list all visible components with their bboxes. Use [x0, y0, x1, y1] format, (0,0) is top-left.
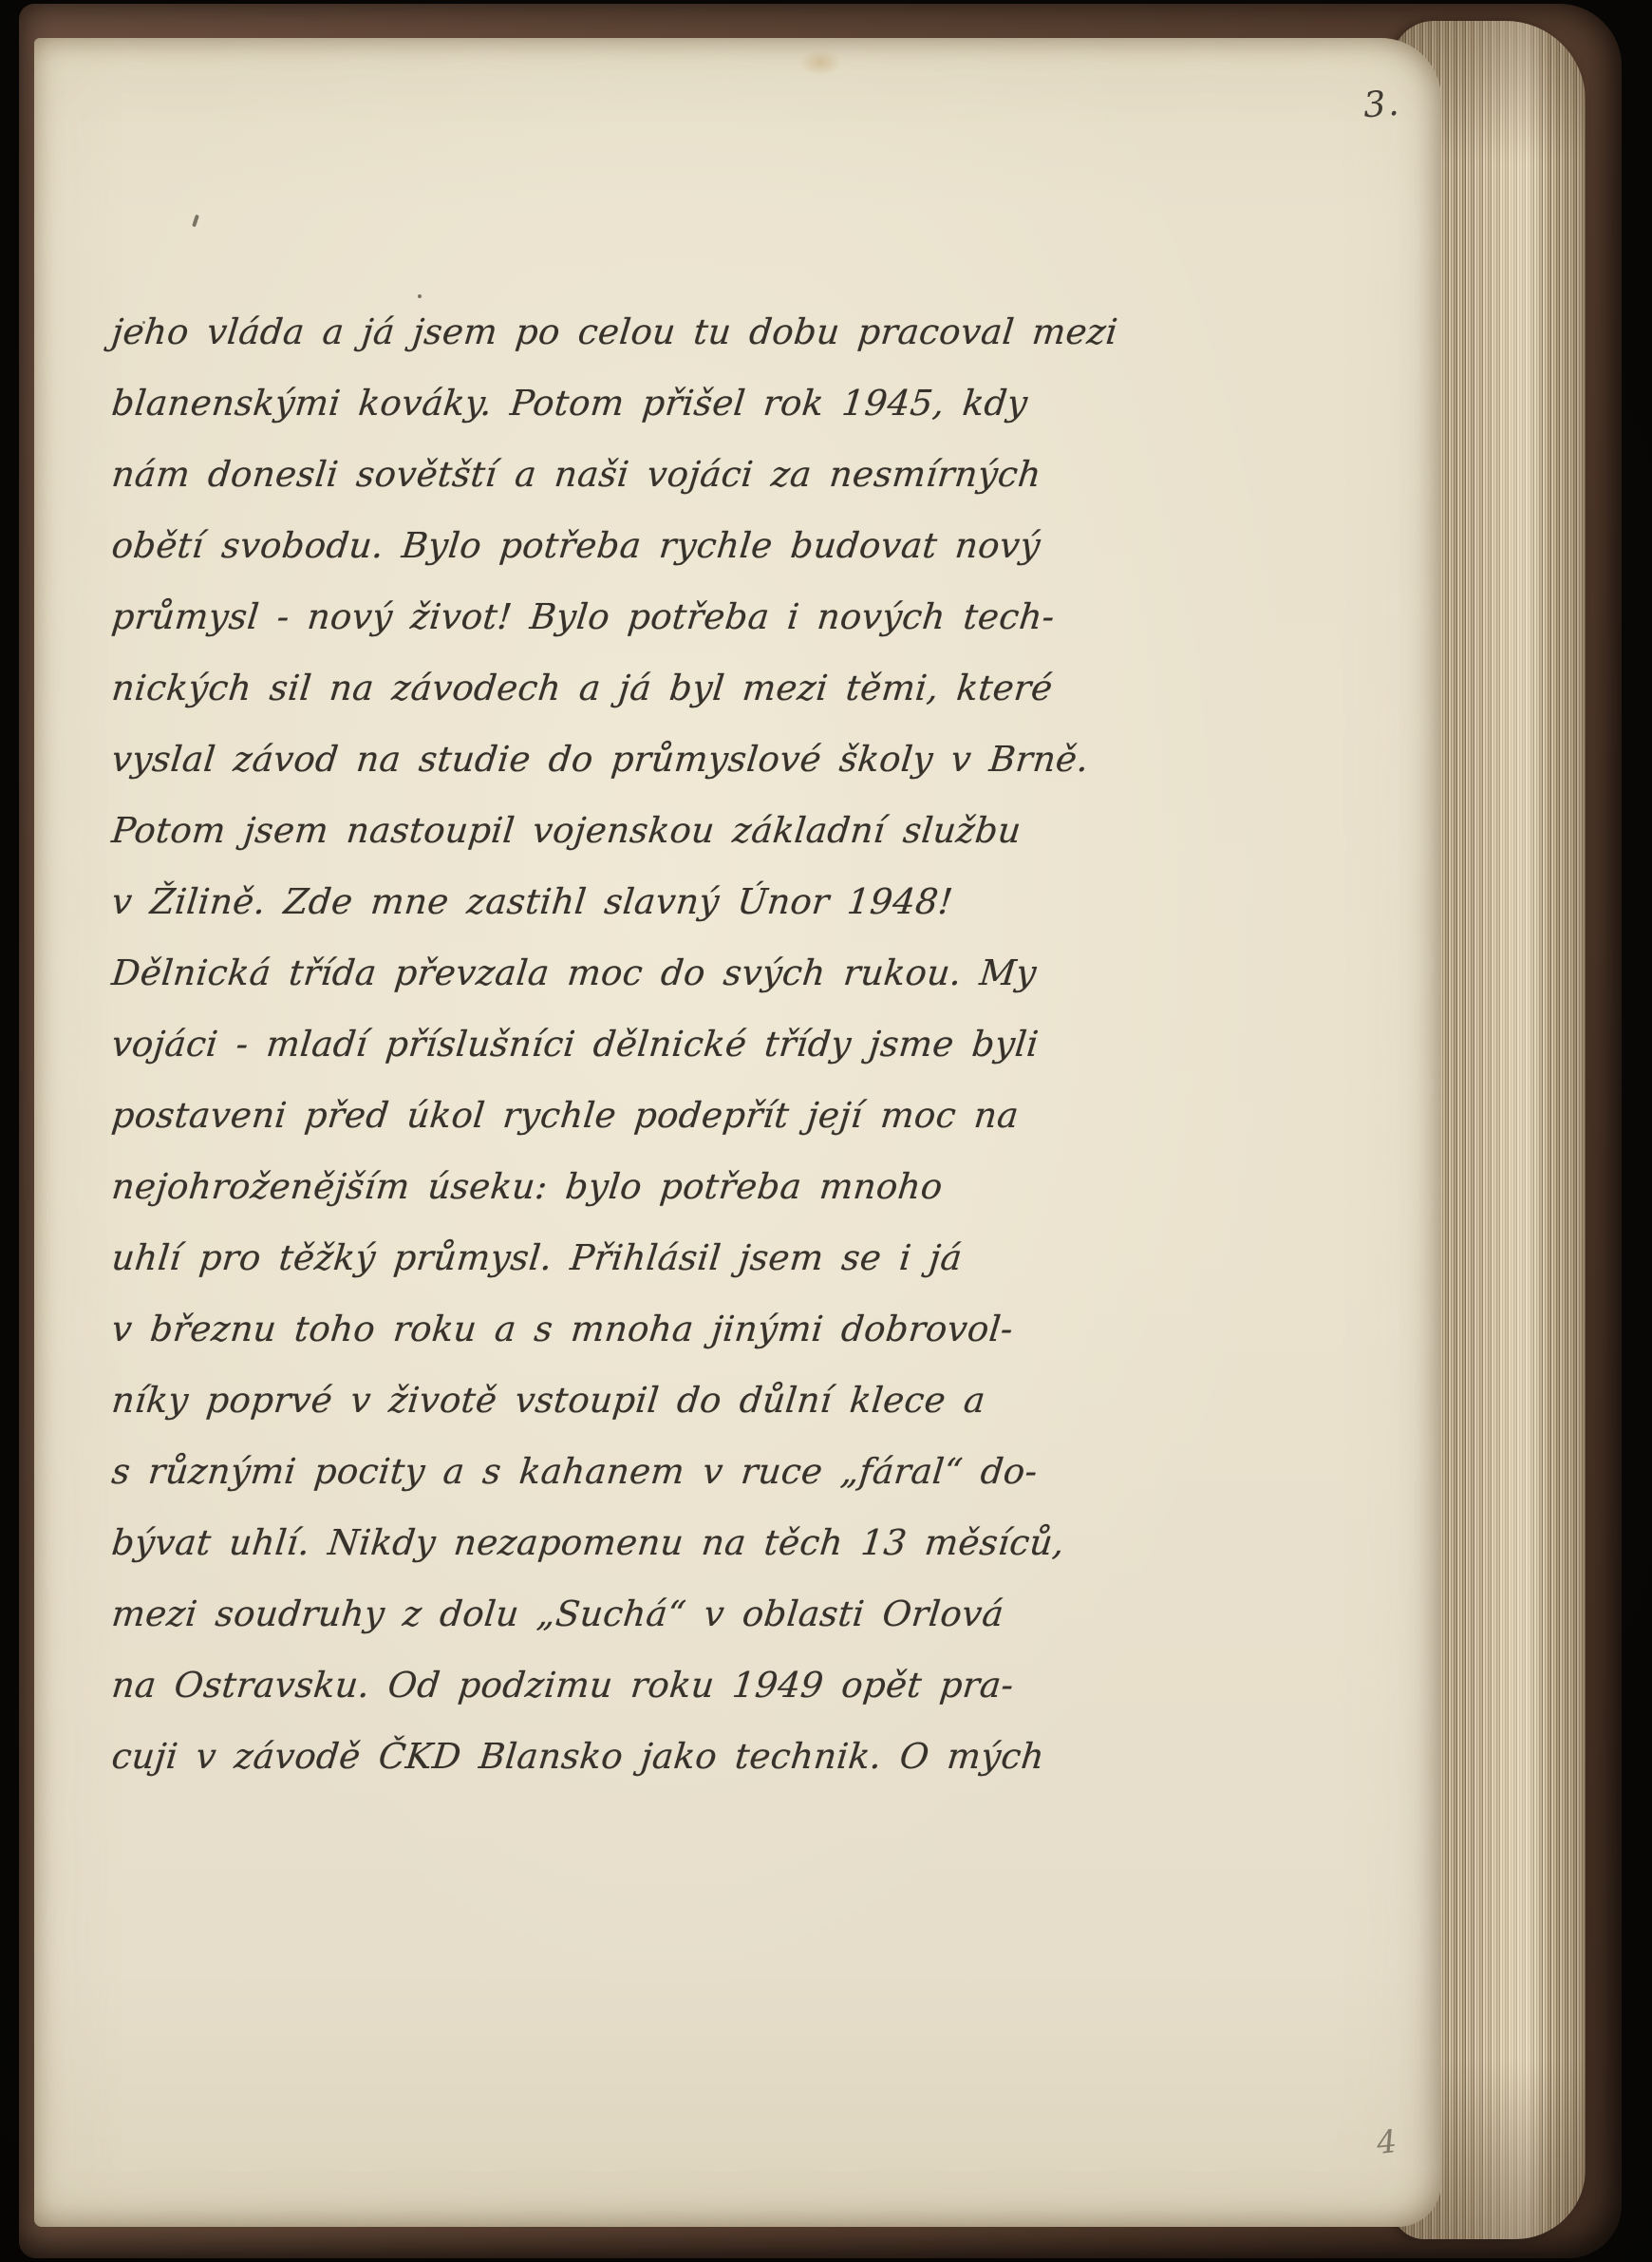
handwritten-line: s různými pocity a s kahanem v ruce „fár…: [108, 1436, 1179, 1507]
handwritten-line: nických sil na závodech a já byl mezi tě…: [108, 652, 1179, 724]
folio-pencil-number: 4: [1375, 2122, 1399, 2161]
handwritten-line: vojáci - mladí příslušníci dělnické tříd…: [108, 1008, 1179, 1080]
handwritten-line: v březnu toho roku a s mnoha jinými dobr…: [108, 1293, 1179, 1365]
handwritten-line: cuji v závodě ČKD Blansko jako technik. …: [108, 1721, 1179, 1792]
handwritten-line: na Ostravsku. Od podzimu roku 1949 opět …: [108, 1649, 1179, 1721]
handwritten-line: uhlí pro těžký průmysl. Přihlásil jsem s…: [108, 1222, 1179, 1293]
handwritten-line: mezi soudruhy z dolu „Suchá“ v oblasti O…: [108, 1578, 1179, 1649]
handwritten-line: blanenskými kováky. Potom přišel rok 194…: [108, 368, 1179, 439]
handwritten-line: jeho vláda a já jsem po celou tu dobu pr…: [108, 296, 1179, 368]
handwritten-line: průmysl - nový život! Bylo potřeba i nov…: [108, 581, 1179, 652]
handwritten-text-block: jeho vláda a já jsem po celou tu dobu pr…: [108, 296, 1172, 1792]
handwritten-line: nám donesli sovětští a naši vojáci za ne…: [108, 439, 1179, 510]
handwritten-line: bývat uhlí. Nikdy nezapomenu na těch 13 …: [108, 1507, 1179, 1578]
handwritten-line: obětí svobodu. Bylo potřeba rychle budov…: [108, 510, 1179, 581]
handwritten-line: vyslal závod na studie do průmyslové ško…: [108, 724, 1179, 795]
book-photo-scene: 3. jeho vláda a já jsem po celou tu dobu…: [0, 0, 1652, 2262]
handwritten-line: Dělnická třída převzala moc do svých ruk…: [108, 937, 1179, 1008]
handwritten-line: postaveni před úkol rychle podepřít její…: [108, 1080, 1179, 1151]
ink-speck: [192, 215, 199, 228]
paper-stain: [799, 49, 841, 76]
handwritten-line: nejohroženějším úseku: bylo potřeba mnoh…: [108, 1151, 1179, 1222]
notebook-page: 3. jeho vláda a já jsem po celou tu dobu…: [34, 38, 1441, 2227]
handwritten-line: Potom jsem nastoupil vojenskou základní …: [108, 795, 1179, 866]
handwritten-line: v Žilině. Zde mne zastihl slavný Únor 19…: [108, 866, 1179, 937]
handwritten-line: níky poprvé v životě vstoupil do důlní k…: [108, 1365, 1179, 1436]
page-number: 3.: [1362, 83, 1402, 126]
